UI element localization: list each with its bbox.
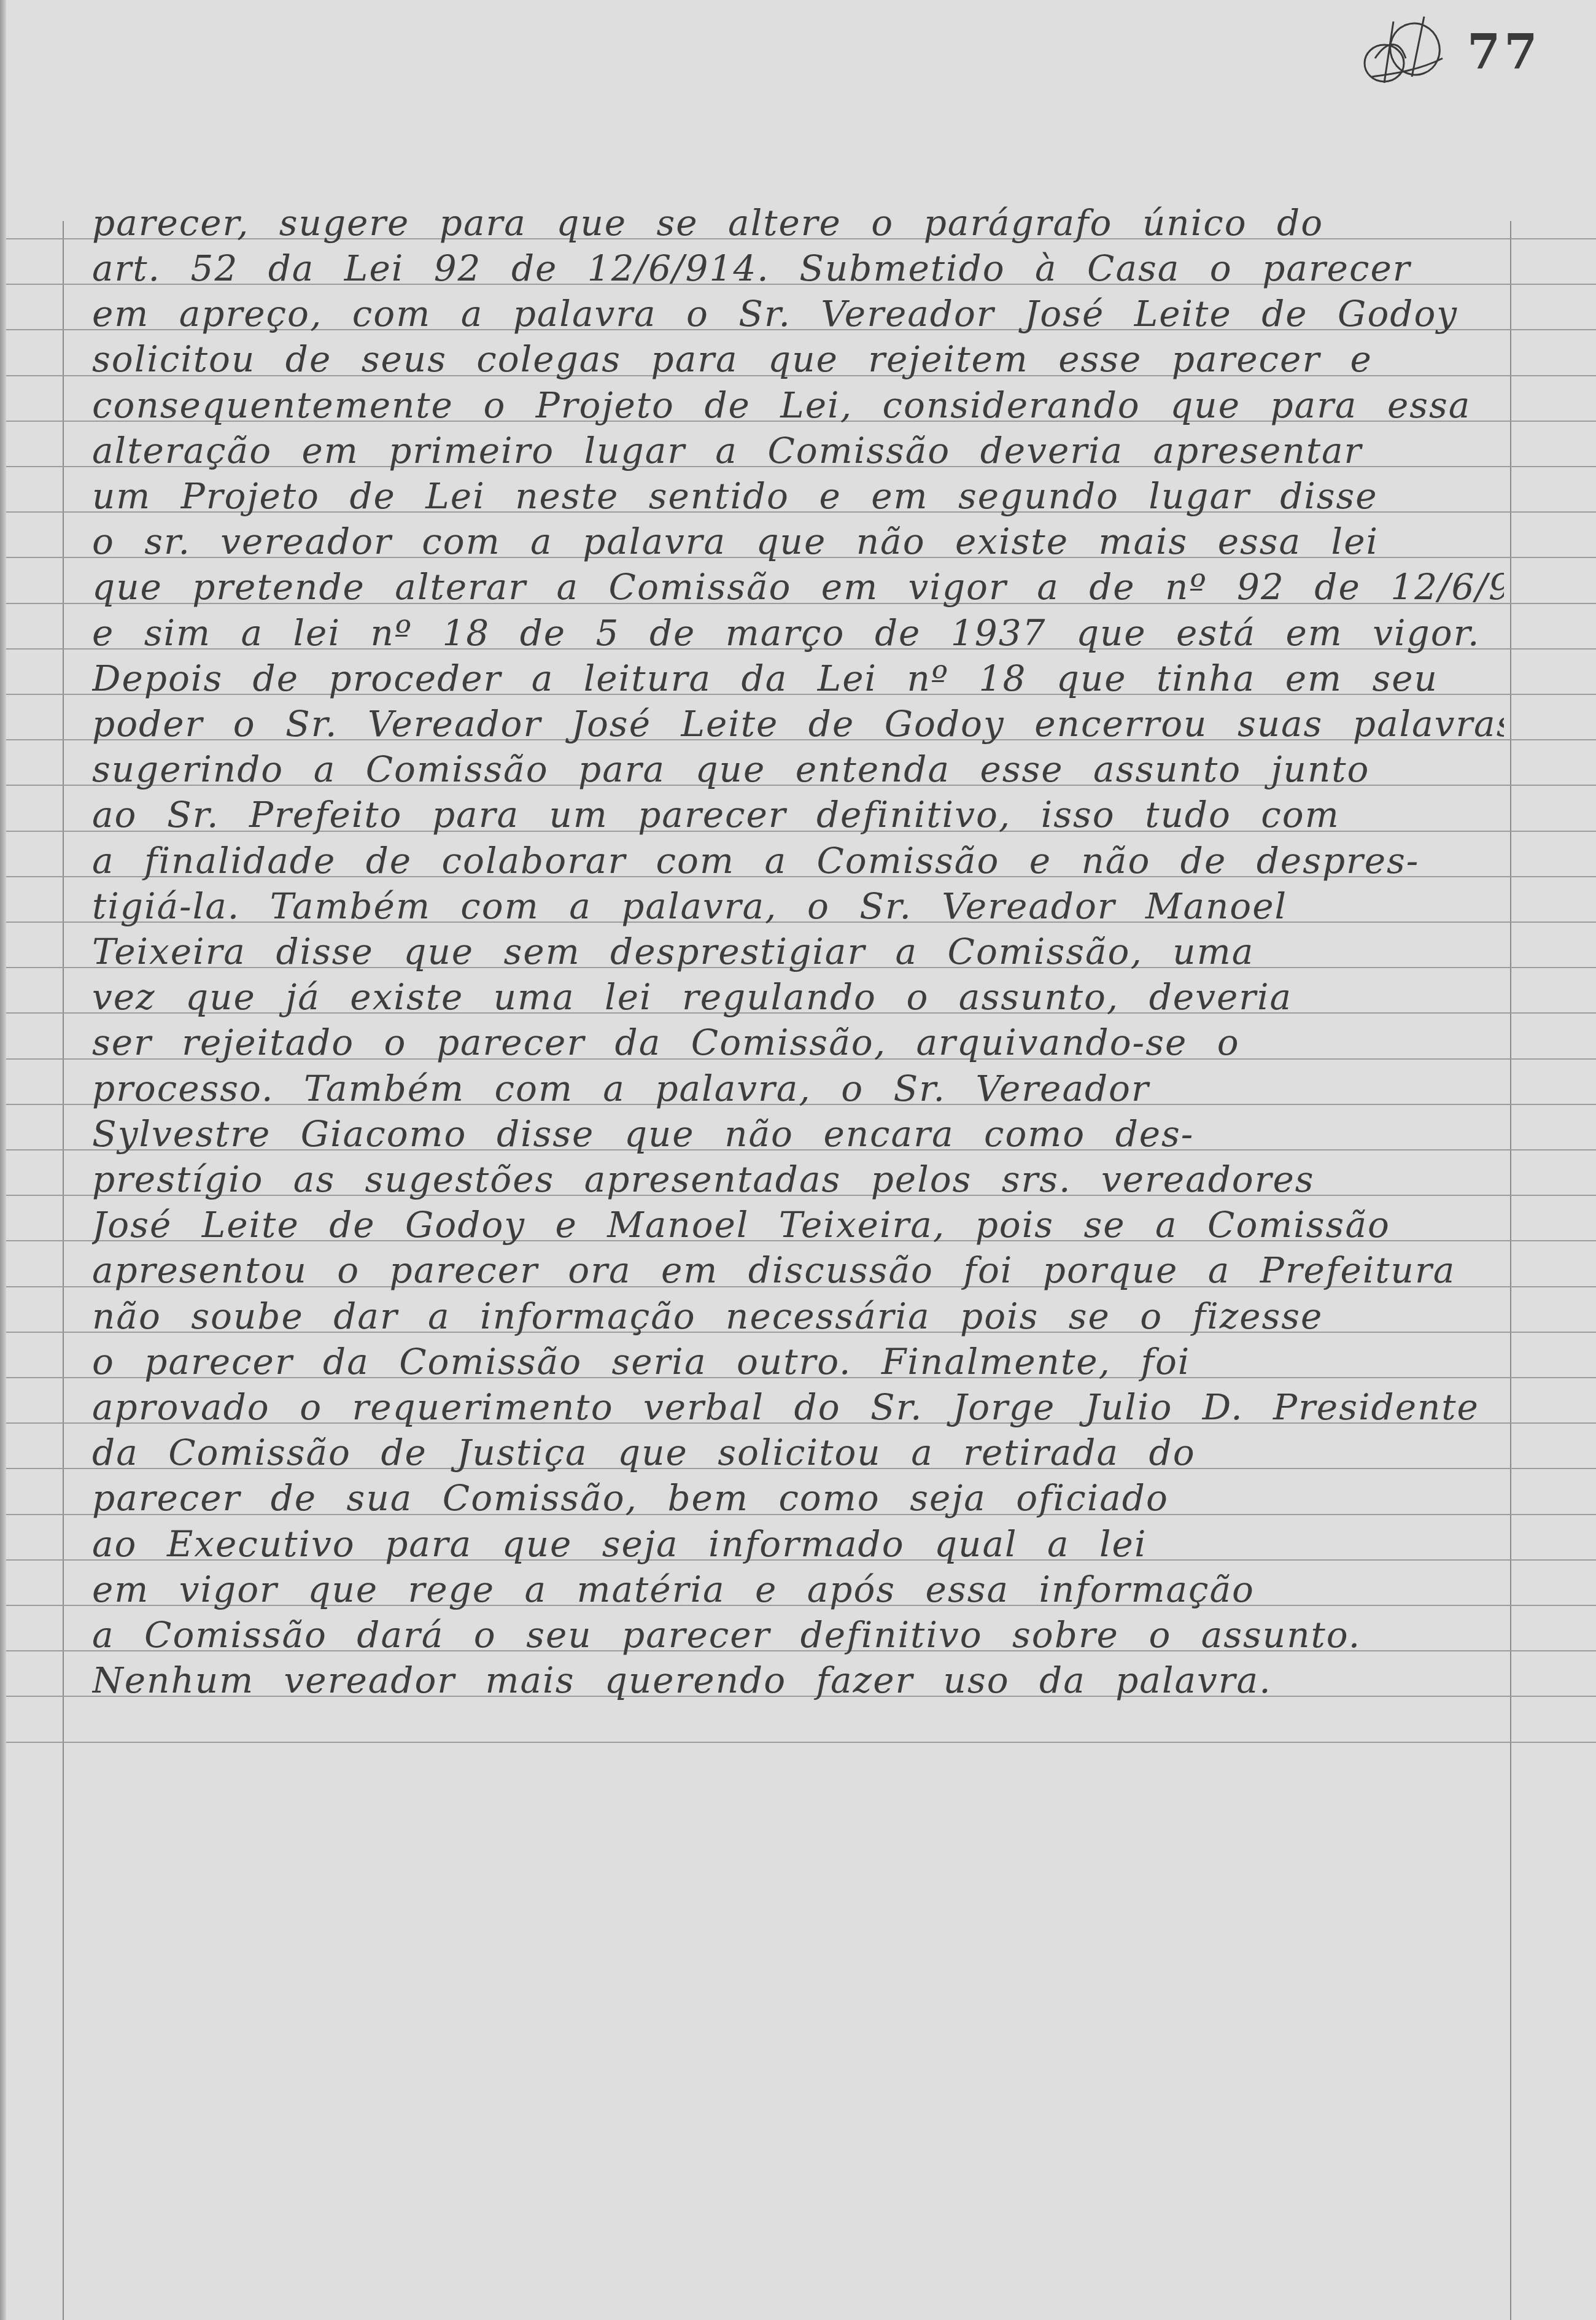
handwritten-line: e sim a lei nº 18 de 5 de março de 1937 …: [92, 610, 1504, 656]
handwritten-line: alteração em primeiro lugar a Comissão d…: [92, 428, 1504, 473]
handwritten-line: ser rejeitado o parecer da Comissão, arq…: [92, 1020, 1504, 1065]
handwritten-line: da Comissão de Justiça que solicitou a r…: [92, 1430, 1504, 1475]
handwritten-line: parecer de sua Comissão, bem como seja o…: [92, 1475, 1504, 1521]
handwritten-line: vez que já existe uma lei regulando o as…: [92, 974, 1504, 1020]
handwritten-line: parecer, sugere para que se altere o par…: [92, 200, 1504, 246]
handwritten-line: poder o Sr. Vereador José Leite de Godoy…: [92, 701, 1504, 747]
handwritten-line: aprovado o requerimento verbal do Sr. Jo…: [92, 1384, 1504, 1430]
handwritten-line: Sylvestre Giacomo disse que não encara c…: [92, 1111, 1504, 1157]
handwritten-line: um Projeto de Lei neste sentido e em seg…: [92, 473, 1504, 519]
handwritten-line: art. 52 da Lei 92 de 12/6/914. Submetido…: [92, 246, 1504, 291]
handwritten-line: a finalidade de colaborar com a Comissão…: [92, 838, 1504, 883]
handwritten-line: tigiá-la. Também com a palavra, o Sr. Ve…: [92, 883, 1504, 929]
handwritten-line: Teixeira disse que sem desprestigiar a C…: [92, 929, 1504, 974]
document-page: 77 parecer, sugere para que se altere o …: [0, 0, 1596, 2320]
handwritten-line: em vigor que rege a matéria e após essa …: [92, 1567, 1504, 1612]
handwritten-line: prestígio as sugestões apresentadas pelo…: [92, 1157, 1504, 1202]
handwritten-line: processo. Também com a palavra, o Sr. Ve…: [92, 1066, 1504, 1111]
handwritten-text-body: parecer, sugere para que se altere o par…: [0, 0, 1596, 2320]
handwritten-line: sugerindo a Comissão para que entenda es…: [92, 747, 1504, 792]
handwritten-line: que pretende alterar a Comissão em vigor…: [92, 564, 1504, 610]
handwritten-line: apresentou o parecer ora em discussão fo…: [92, 1247, 1504, 1293]
handwritten-line: em apreço, com a palavra o Sr. Vereador …: [92, 291, 1504, 336]
handwritten-line: solicitou de seus colegas para que rejei…: [92, 336, 1504, 382]
handwritten-line: não soube dar a informação necessária po…: [92, 1294, 1504, 1339]
handwritten-line: ao Executivo para que seja informado qua…: [92, 1521, 1504, 1567]
handwritten-line: Depois de proceder a leitura da Lei nº 1…: [92, 656, 1504, 701]
handwritten-line: o parecer da Comissão seria outro. Final…: [92, 1339, 1504, 1384]
handwritten-line: consequentemente o Projeto de Lei, consi…: [92, 382, 1504, 428]
handwritten-line: José Leite de Godoy e Manoel Teixeira, p…: [92, 1202, 1504, 1247]
handwritten-line: a Comissão dará o seu parecer definitivo…: [92, 1612, 1504, 1658]
handwritten-line: Nenhum vereador mais querendo fazer uso …: [92, 1658, 1504, 1703]
handwritten-line: o sr. vereador com a palavra que não exi…: [92, 519, 1504, 564]
handwritten-line: ao Sr. Prefeito para um parecer definiti…: [92, 792, 1504, 837]
